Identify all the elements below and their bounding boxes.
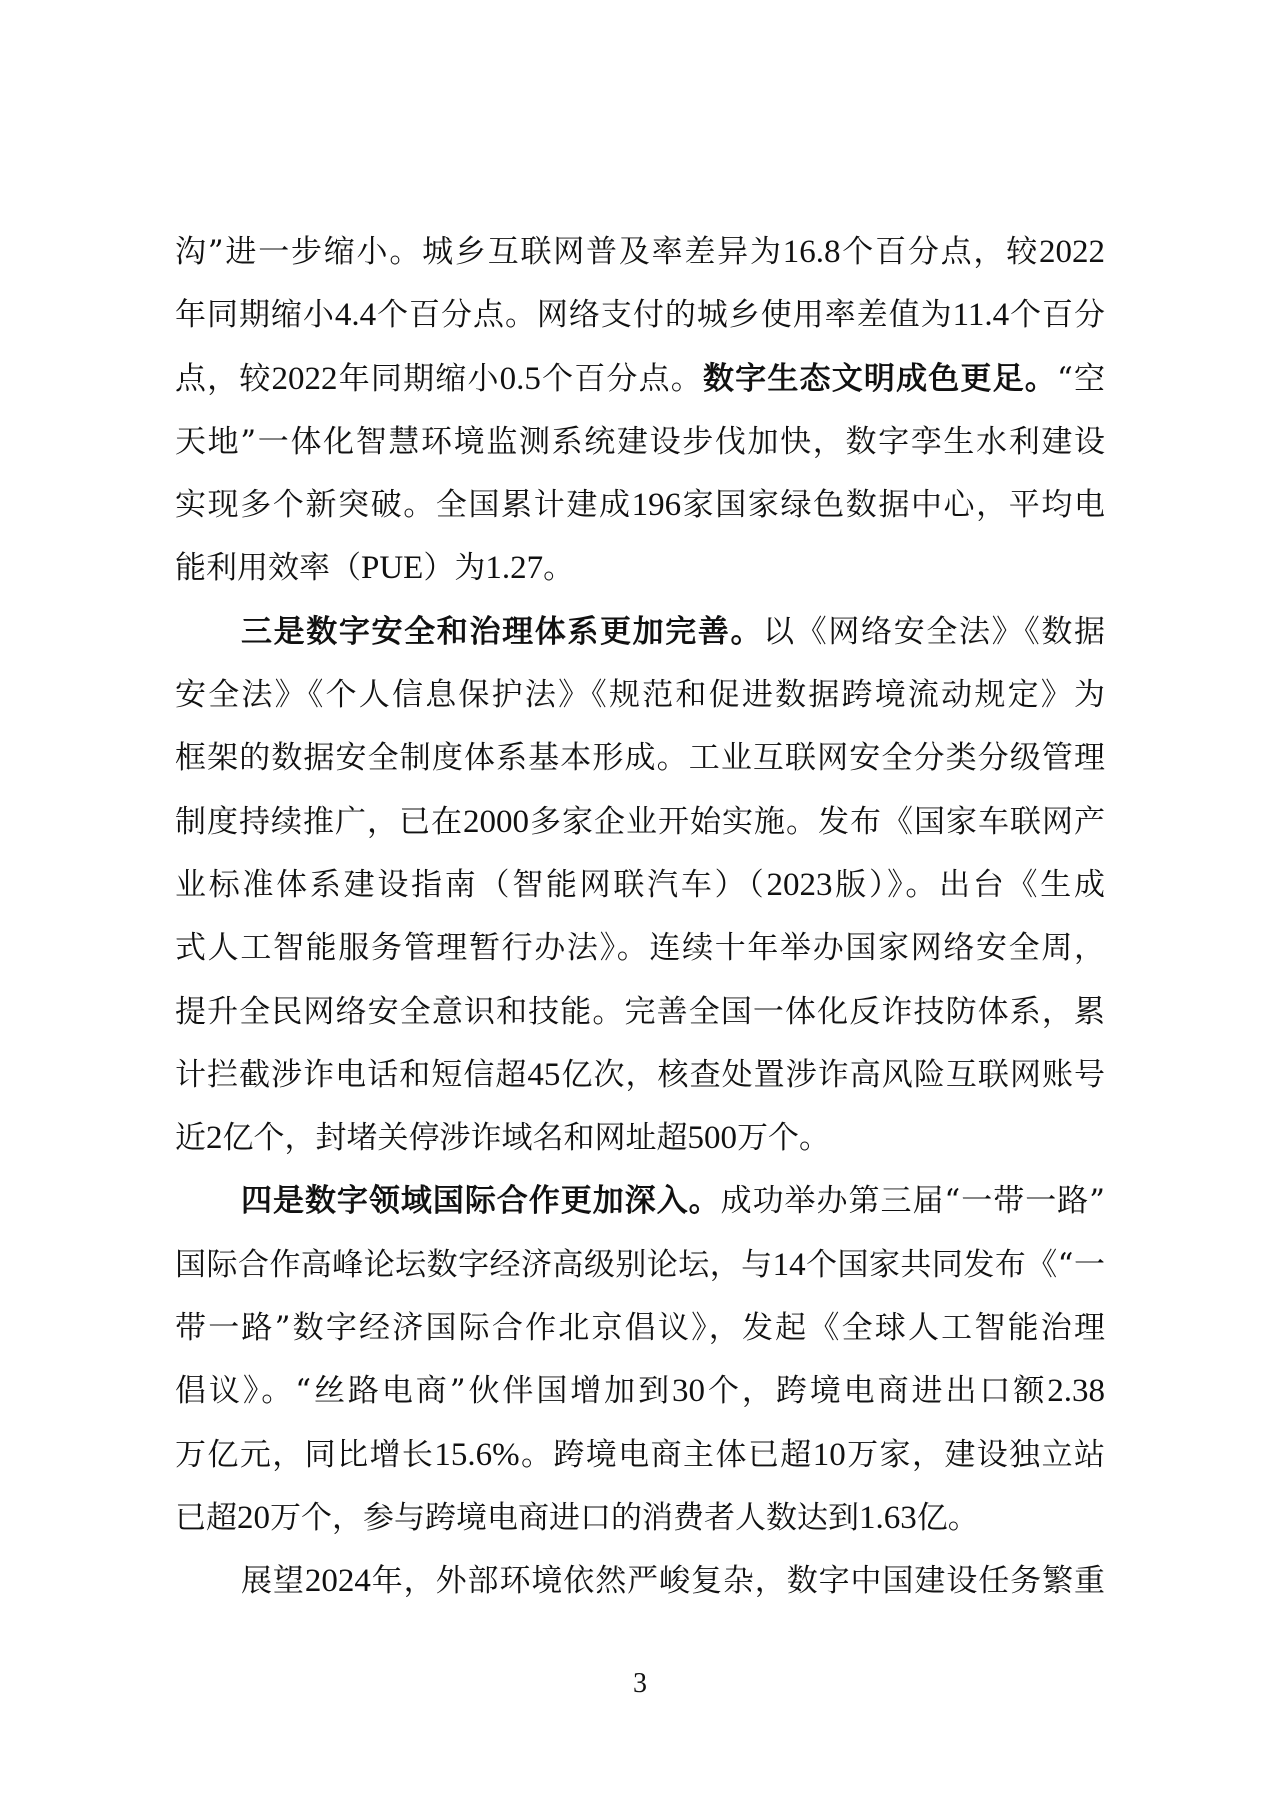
text-line: 国际合作高峰论坛数字经济高级别论坛，与14个国家共同发布《“一 xyxy=(175,1234,1105,1297)
body-text: 制度持续推广，已在2000多家企业开始实施。发布《国家车联网产 xyxy=(175,804,1105,840)
text-line: 业标准体系建设指南（智能网联汽车）（2023版）》。出台《生成 xyxy=(175,854,1105,917)
numeric-text: 2023 xyxy=(767,867,833,903)
numeric-text: 4.4 xyxy=(335,297,376,333)
text-line: 三是数字安全和治理体系更加完善。以《网络安全法》《数据 xyxy=(175,601,1105,664)
numeric-text: 1.27 xyxy=(485,550,543,586)
text-line: 四是数字领域国际合作更加深入。成功举办第三届“一带一路” xyxy=(175,1170,1105,1233)
numeric-text: 2000 xyxy=(463,804,529,840)
body-text: 成功举办第三届“一带一路” xyxy=(721,1183,1105,1219)
numeric-text: 2022 xyxy=(272,361,338,397)
text-line: 带一路”数字经济国际合作北京倡议》，发起《全球人工智能治理 xyxy=(175,1297,1105,1360)
text-line: 实现多个新突破。全国累计建成196家国家绿色数据中心，平均电 xyxy=(175,474,1105,537)
text-line: 安全法》《个人信息保护法》《规范和促进数据跨境流动规定》为 xyxy=(175,664,1105,727)
numeric-text: 16.8 xyxy=(783,234,841,270)
text-line: 天地”一体化智慧环境监测系统建设步伐加快，数字孪生水利建设 xyxy=(175,411,1105,474)
document-page: 沟”进一步缩小。城乡互联网普及率差异为16.8个百分点，较2022年同期缩小4.… xyxy=(0,0,1280,1810)
body-text: 实现多个新突破。全国累计建成196家国家绿色数据中心，平均电 xyxy=(175,487,1105,523)
numeric-text: 20 xyxy=(237,1500,270,1536)
numeric-text: 2 xyxy=(206,1120,223,1156)
text-line: 制度持续推广，已在2000多家企业开始实施。发布《国家车联网产 xyxy=(175,791,1105,854)
body-text: 以《网络安全法》《数据 xyxy=(763,614,1105,650)
numeric-text: 500 xyxy=(688,1120,738,1156)
body-text: 近2亿个，封堵关停涉诈域名和网址超500万个。 xyxy=(175,1120,830,1156)
body-text: 万亿元，同比增长15.6%。跨境电商主体已超10万家，建设独立站 xyxy=(175,1437,1105,1473)
numeric-text: 10 xyxy=(813,1437,846,1473)
body-text: 已超20万个，参与跨境电商进口的消费者人数达到1.63亿。 xyxy=(175,1500,979,1536)
body-text: 计拦截涉诈电话和短信超45亿次，核查处置涉诈高风险互联网账号 xyxy=(175,1057,1105,1093)
text-line: 年同期缩小4.4个百分点。网络支付的城乡使用率差值为11.4个百分 xyxy=(175,284,1105,347)
text-line: 倡议》。“丝路电商”伙伴国增加到30个，跨境电商进出口额2.38 xyxy=(175,1360,1105,1423)
body-text: 安全法》《个人信息保护法》《规范和促进数据跨境流动规定》为 xyxy=(175,677,1105,713)
numeric-text: 0.5 xyxy=(500,361,541,397)
body-text: 式人工智能服务管理暂行办法》。连续十年举办国家网络安全周， xyxy=(175,930,1105,966)
text-line: 万亿元，同比增长15.6%。跨境电商主体已超10万家，建设独立站 xyxy=(175,1424,1105,1487)
numeric-text: 11.4 xyxy=(953,297,1010,333)
numeric-text: PUE xyxy=(361,550,423,586)
numeric-text: 30 xyxy=(672,1373,705,1409)
text-line: 已超20万个，参与跨境电商进口的消费者人数达到1.63亿。 xyxy=(175,1487,1105,1550)
numeric-text: 1.63 xyxy=(859,1500,917,1536)
text-line: 展望2024年，外部环境依然严峻复杂，数字中国建设任务繁重 xyxy=(175,1550,1105,1613)
paragraph-outlook-2024: 展望2024年，外部环境依然严峻复杂，数字中国建设任务繁重 xyxy=(175,1550,1105,1613)
text-line: 能利用效率（PUE）为1.27。 xyxy=(175,537,1105,600)
body-text: 倡议》。“丝路电商”伙伴国增加到30个，跨境电商进出口额2.38 xyxy=(175,1373,1105,1409)
bold-heading-text: 四是数字领域国际合作更加深入。 xyxy=(241,1183,721,1219)
paragraph-international-cooperation: 四是数字领域国际合作更加深入。成功举办第三届“一带一路”国际合作高峰论坛数字经济… xyxy=(175,1170,1105,1550)
body-text: 沟”进一步缩小。城乡互联网普及率差异为16.8个百分点，较2022 xyxy=(175,234,1105,270)
numeric-text: 196 xyxy=(632,487,682,523)
body-text: 展望2024年，外部环境依然严峻复杂，数字中国建设任务繁重 xyxy=(241,1563,1105,1599)
numeric-text: 2.38 xyxy=(1047,1373,1105,1409)
body-text: 国际合作高峰论坛数字经济高级别论坛，与14个国家共同发布《“一 xyxy=(175,1247,1105,1283)
text-line: 点，较2022年同期缩小0.5个百分点。数字生态文明成色更足。“空 xyxy=(175,348,1105,411)
text-line: 式人工智能服务管理暂行办法》。连续十年举办国家网络安全周， xyxy=(175,917,1105,980)
body-text: 点，较2022年同期缩小0.5个百分点。 xyxy=(175,361,703,397)
bold-heading-text: 三是数字安全和治理体系更加完善。 xyxy=(241,614,763,650)
paragraph-security-governance: 三是数字安全和治理体系更加完善。以《网络安全法》《数据安全法》《个人信息保护法》… xyxy=(175,601,1105,1171)
bold-heading-text: 数字生态文明成色更足。 xyxy=(703,361,1057,397)
document-body: 沟”进一步缩小。城乡互联网普及率差异为16.8个百分点，较2022年同期缩小4.… xyxy=(175,221,1105,1614)
paragraph-digital-divide-ecology: 沟”进一步缩小。城乡互联网普及率差异为16.8个百分点，较2022年同期缩小4.… xyxy=(175,221,1105,601)
body-text: 框架的数据安全制度体系基本形成。工业互联网安全分类分级管理 xyxy=(175,740,1105,776)
body-text: 提升全民网络安全意识和技能。完善全国一体化反诈技防体系，累 xyxy=(175,994,1105,1030)
body-text: 带一路”数字经济国际合作北京倡议》，发起《全球人工智能治理 xyxy=(175,1310,1105,1346)
body-text: 年同期缩小4.4个百分点。网络支付的城乡使用率差值为11.4个百分 xyxy=(175,297,1105,333)
numeric-text: 45 xyxy=(527,1057,560,1093)
text-line: 提升全民网络安全意识和技能。完善全国一体化反诈技防体系，累 xyxy=(175,981,1105,1044)
numeric-text: 2022 xyxy=(1039,234,1105,270)
body-text: 天地”一体化智慧环境监测系统建设步伐加快，数字孪生水利建设 xyxy=(175,424,1105,460)
body-text: 业标准体系建设指南（智能网联汽车）（2023版）》。出台《生成 xyxy=(175,867,1105,903)
page-number: 3 xyxy=(0,1668,1280,1700)
text-line: 计拦截涉诈电话和短信超45亿次，核查处置涉诈高风险互联网账号 xyxy=(175,1044,1105,1107)
text-line: 框架的数据安全制度体系基本形成。工业互联网安全分类分级管理 xyxy=(175,727,1105,790)
text-line: 近2亿个，封堵关停涉诈域名和网址超500万个。 xyxy=(175,1107,1105,1170)
text-line: 沟”进一步缩小。城乡互联网普及率差异为16.8个百分点，较2022 xyxy=(175,221,1105,284)
numeric-text: 15.6% xyxy=(434,1437,519,1473)
numeric-text: 14 xyxy=(773,1247,806,1283)
body-text: 能利用效率（PUE）为1.27。 xyxy=(175,550,574,586)
numeric-text: 2024 xyxy=(305,1563,371,1599)
body-text: “空 xyxy=(1057,361,1105,397)
